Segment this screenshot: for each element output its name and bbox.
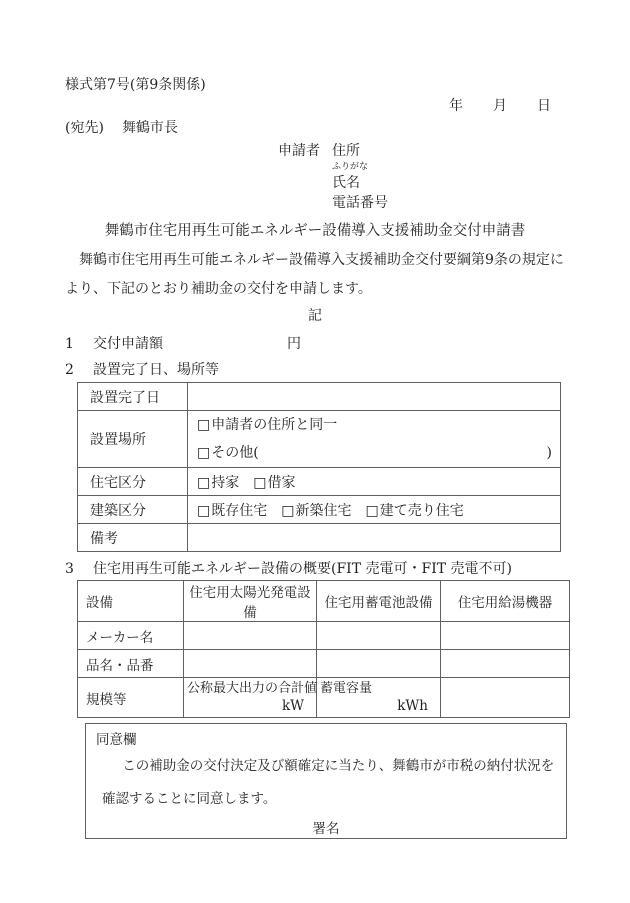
option-label: 持家 (211, 475, 239, 491)
location-label-cell: 設置場所 (78, 411, 188, 468)
option-same-address: □申請者の住所と同一 (197, 411, 560, 439)
checkbox-icon: □ (365, 503, 378, 519)
maker-water-heater-cell (441, 622, 570, 650)
table-row: 備考 (78, 524, 561, 552)
kwh-unit-label: kWh (320, 698, 438, 715)
maker-solar-cell (184, 622, 317, 650)
table-row: メーカー名 (78, 622, 570, 650)
section1-number: 1 (65, 335, 93, 353)
option-label: 既存住宅 (211, 503, 267, 519)
section3-title: 住宅用再生可能エネルギー設備の概要(FIT 売電可・FIT 売電不可) (93, 561, 512, 577)
remarks-label-cell: 備考 (78, 524, 188, 552)
yen-unit-label: 円 (287, 336, 301, 352)
phone-label: 電話番号 (332, 193, 388, 213)
water-heater-column-header: 住宅用給湯機器 (441, 581, 570, 622)
option-label: 借家 (267, 475, 295, 491)
scale-label-cell: 規模等 (78, 678, 184, 718)
date-day-label: 日 (537, 98, 551, 114)
building-type-value-cell: □既存住宅□新築住宅□建て売り住宅 (188, 496, 561, 524)
addressee-name: 舞鶴市長 (122, 120, 178, 136)
scale-water-heater-cell (441, 678, 570, 718)
maker-label-cell: メーカー名 (78, 622, 184, 650)
section1-label: 交付申請額 (93, 336, 163, 352)
record-mark: 記 (65, 306, 565, 326)
option-other: □その他() (197, 439, 560, 467)
building-type-label-cell: 建築区分 (78, 496, 188, 524)
document-page: 様式第7号(第9条関係) 年月日 (宛先)舞鶴市長 申請者 住所 ふりがな 氏名… (0, 0, 630, 903)
table-row: 建築区分 □既存住宅□新築住宅□建て売り住宅 (78, 496, 561, 524)
option-owned-house: □持家 (197, 475, 239, 491)
close-paren: ) (547, 439, 552, 467)
section3-number: 3 (65, 560, 93, 578)
form-number: 様式第7号(第9条関係) (65, 76, 565, 94)
applicant-fields: 住所 ふりがな 氏名 電話番号 (332, 141, 388, 213)
consent-header: 同意欄 (96, 730, 556, 750)
solar-column-header: 住宅用太陽光発電設備 (184, 581, 317, 622)
battery-column-header: 住宅用蓄電池設備 (317, 581, 441, 622)
page-title: 舞鶴市住宅用再生可能エネルギー設備導入支援補助金交付申請書 (65, 221, 565, 241)
equipment-column-header: 設備 (78, 581, 184, 622)
signature-label: 署名 (96, 818, 556, 840)
battery-capacity-label: 蓄電容量 (320, 680, 438, 697)
completion-date-value-cell (188, 383, 561, 411)
date-year-label: 年 (449, 98, 463, 114)
addressee-line: (宛先)舞鶴市長 (65, 119, 565, 137)
housing-type-label-cell: 住宅区分 (78, 468, 188, 496)
option-new-house: □新築住宅 (281, 503, 351, 519)
option-label: 申請者の住所と同一 (211, 417, 337, 433)
furigana-label: ふりがな (332, 161, 388, 173)
section2-title: 設置完了日、場所等 (93, 362, 219, 378)
scale-battery-cell: 蓄電容量 kWh (317, 678, 441, 718)
option-rented-house: □借家 (253, 475, 295, 491)
date-month-label: 月 (493, 98, 507, 114)
completion-date-label-cell: 設置完了日 (78, 383, 188, 411)
table-row: 規模等 公称最大出力の合計値 kW 蓄電容量 kWh (78, 678, 570, 718)
consent-body: この補助金の交付決定及び額確定に当たり、舞鶴市が市税の納付状況を確認することに同… (102, 750, 556, 816)
applicant-block: 申請者 住所 ふりがな 氏名 電話番号 (278, 141, 565, 213)
address-label: 住所 (332, 141, 388, 161)
section3-heading: 3住宅用再生可能エネルギー設備の概要(FIT 売電可・FIT 売電不可) (65, 560, 565, 578)
option-built-for-sale-house: □建て売り住宅 (365, 503, 463, 519)
maker-battery-cell (317, 622, 441, 650)
table-row: 設置場所 □申請者の住所と同一 □その他() (78, 411, 561, 468)
location-value-cell: □申請者の住所と同一 □その他() (188, 411, 561, 468)
scale-solar-cell: 公称最大出力の合計値 kW (184, 678, 317, 718)
remarks-value-cell (188, 524, 561, 552)
section2-heading: 2設置完了日、場所等 (65, 361, 565, 379)
section1-line: 1交付申請額円 (65, 335, 565, 353)
table-row: 住宅区分 □持家□借家 (78, 468, 561, 496)
checkbox-icon: □ (197, 417, 210, 433)
checkbox-icon: □ (197, 503, 210, 519)
checkbox-icon: □ (253, 475, 266, 491)
date-line: 年月日 (65, 97, 565, 115)
product-label-cell: 品名・品番 (78, 650, 184, 678)
solar-output-label: 公称最大出力の合計値 (187, 680, 314, 697)
name-label: 氏名 (332, 173, 388, 193)
option-existing-house: □既存住宅 (197, 503, 267, 519)
option-label: 建て売り住宅 (380, 503, 464, 519)
kw-unit-label: kW (187, 698, 314, 715)
product-solar-cell (184, 650, 317, 678)
table-header-row: 設備 住宅用太陽光発電設備 住宅用蓄電池設備 住宅用給湯機器 (78, 581, 570, 622)
table-row: 設置完了日 (78, 383, 561, 411)
intro-paragraph: 舞鶴市住宅用再生可能エネルギー設備導入支援補助金交付要綱第9条の規定により、下記… (65, 246, 565, 304)
consent-box: 同意欄 この補助金の交付決定及び額確定に当たり、舞鶴市が市税の納付状況を確認する… (85, 723, 567, 839)
product-battery-cell (317, 650, 441, 678)
checkbox-icon: □ (197, 475, 210, 491)
applicant-label: 申請者 (278, 141, 320, 213)
checkbox-icon: □ (197, 445, 210, 461)
addressee-prefix: (宛先) (65, 120, 104, 136)
checkbox-icon: □ (281, 503, 294, 519)
section2-number: 2 (65, 361, 93, 379)
table-row: 品名・品番 (78, 650, 570, 678)
option-label: 新築住宅 (295, 503, 351, 519)
option-label: その他( (211, 445, 258, 461)
product-water-heater-cell (441, 650, 570, 678)
equipment-table: 設備 住宅用太陽光発電設備 住宅用蓄電池設備 住宅用給湯機器 メーカー名 品名・… (77, 580, 570, 718)
installation-table: 設置完了日 設置場所 □申請者の住所と同一 □その他() 住宅区分 □持家□借家… (77, 382, 561, 552)
housing-type-value-cell: □持家□借家 (188, 468, 561, 496)
